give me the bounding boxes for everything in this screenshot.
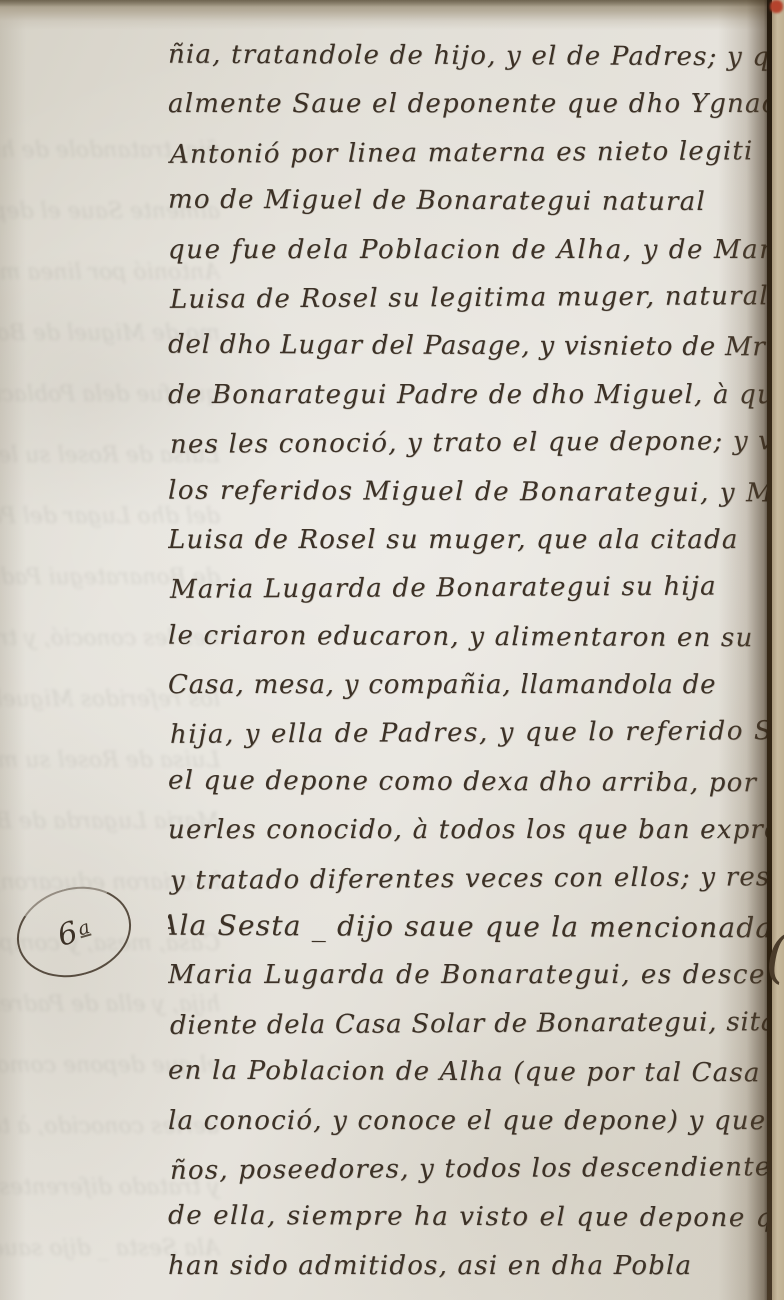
- manuscript-text-block: ñia, tratandole de hijo, y el de Padres;…: [168, 32, 772, 1294]
- manuscript-line: han sido admitidos, asi en dha Pobla: [168, 1242, 772, 1290]
- manuscript-line: del dho Lugar del Pasage, y visnieto de …: [168, 321, 772, 372]
- manuscript-line: diente dela Casa Solar de Bonarategui, s…: [170, 998, 772, 1050]
- facing-page-parenthesis-mark: (: [765, 926, 784, 986]
- manuscript-line: ños, poseedores, y todos los descendient…: [170, 1143, 772, 1195]
- manuscript-line: Casa, mesa, y compañia, llamandola de: [168, 661, 772, 709]
- manuscript-line: ñia, tratandole de hijo, y el de Padres;…: [168, 32, 772, 82]
- manuscript-line: mo de Miguel de Bonarategui natural: [168, 176, 772, 227]
- book-gutter-shadow: [718, 0, 770, 1300]
- manuscript-line: el que depone como dexa dho arriba, por …: [168, 757, 772, 808]
- manuscript-line: Antonió por linea materna es nieto legit…: [170, 127, 772, 179]
- manuscript-line: Maria Lugarda de Bonarategui su hija: [170, 562, 772, 614]
- manuscript-line: de Bonarategui Padre de dho Miguel, à qu…: [168, 371, 772, 419]
- manuscript-line: uerles conocido, à todos los que ban exp…: [168, 806, 772, 854]
- manuscript-line: los referidos Miguel de Bonarategui, y M…: [168, 466, 772, 517]
- manuscript-line: Maria Lugarda de Bonarategui, es descen: [168, 951, 772, 999]
- manuscript-line: Luisa de Rosel su legitima muger, natura…: [170, 272, 772, 324]
- margin-note-superscript: a: [76, 920, 91, 939]
- manuscript-line: en la Poblacion de Alha (que por tal Cas…: [168, 1047, 772, 1098]
- page-left-edge-shading: [0, 0, 26, 1300]
- manuscript-line: hija, y ella de Padres, y que lo referid…: [170, 708, 772, 760]
- red-corner-mark: [770, 0, 783, 13]
- manuscript-line: y tratado diferentes veces con ellos; y …: [170, 853, 772, 905]
- manuscript-line: Ala Sesta _ dijo saue que la mencionada: [168, 902, 772, 953]
- manuscript-line: que fue dela Poblacion de Alha, y de Mar…: [168, 226, 772, 274]
- manuscript-line: Luisa de Rosel su muger, que ala citada: [168, 516, 772, 564]
- manuscript-line: de ella, siempre ha visto el que depone …: [168, 1192, 772, 1243]
- manuscript-line: nes les conoció, y trato el que depone; …: [170, 417, 772, 469]
- page-top-edge-shadow: [0, 0, 784, 7]
- facing-page-edge: (: [772, 0, 784, 1300]
- manuscript-scan: ñia, tratandole de hijo, y el de Padres;…: [0, 0, 784, 1300]
- manuscript-line: almente Saue el deponente que dho Ygnaci…: [168, 80, 772, 128]
- margin-annotation-sixth-question: 6a: [6, 874, 142, 991]
- manuscript-line: la conoció, y conoce el que depone) y qu…: [168, 1097, 772, 1145]
- manuscript-line: le criaron educaron, y alimentaron en su: [168, 611, 772, 662]
